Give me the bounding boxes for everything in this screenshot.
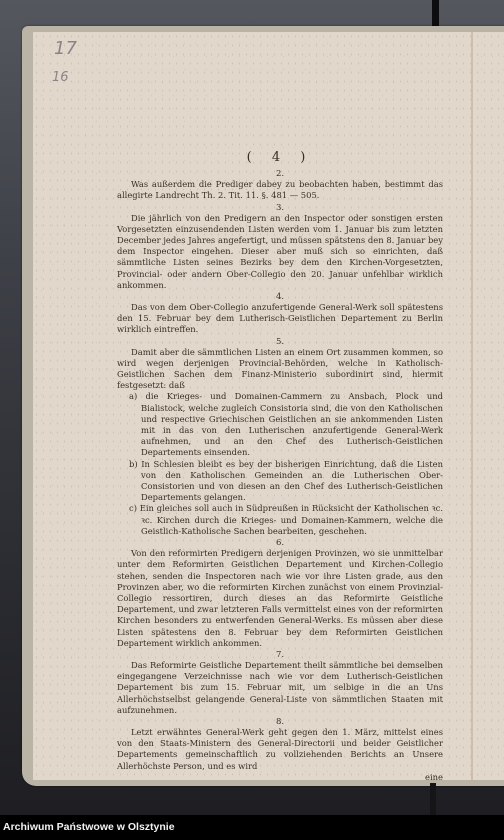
section-number: 6. <box>117 538 443 548</box>
section-number: 5. <box>117 337 443 347</box>
paragraph: Das von dem Ober-Collegio anzufertigende… <box>117 302 443 336</box>
pencil-folio-mark-old: 16 <box>52 70 69 85</box>
paragraph: Die jährlich von den Predigern an den In… <box>117 213 443 291</box>
section-number: 7. <box>117 650 443 660</box>
archive-name: Archiwum Państwowe w Olsztynie <box>3 821 175 833</box>
list-item: c) Ein gleiches soll auch in Südpreußen … <box>129 503 443 537</box>
archive-footer: Archiwum Państwowe w Olsztynie <box>0 815 504 840</box>
list-item: a) die Krieges- und Domainen-Cammern zu … <box>129 391 443 458</box>
binding-clip-bottom <box>430 783 436 815</box>
section-number: 8. <box>117 717 443 727</box>
paragraph: Letzt erwähntes General-Werk geht gegen … <box>117 727 443 772</box>
binding-clip <box>432 0 439 28</box>
section-number: 2. <box>117 169 443 179</box>
section-number: 3. <box>117 203 443 213</box>
page-fold <box>471 32 473 780</box>
section-number: 4. <box>117 292 443 302</box>
list-item: b) In Schlesien bleibt es bey der bisher… <box>129 459 443 504</box>
paragraph: Damit aber die sämmtlichen Listen an ein… <box>117 347 443 392</box>
document-viewer: 17 16 ( 4 ) 2. Was außerdem die Prediger… <box>0 0 504 815</box>
page-number: ( 4 ) <box>117 152 443 163</box>
paragraph: Von den reformirten Predigern derjenigen… <box>117 548 443 649</box>
paragraph: Das Reformirte Geistliche Departement th… <box>117 660 443 716</box>
paragraph: Was außerdem die Prediger dabey zu beoba… <box>117 179 443 201</box>
catchword: eine <box>117 772 443 783</box>
pencil-folio-mark: 17 <box>54 38 77 59</box>
document-text: ( 4 ) 2. Was außerdem die Prediger dabey… <box>117 152 443 783</box>
